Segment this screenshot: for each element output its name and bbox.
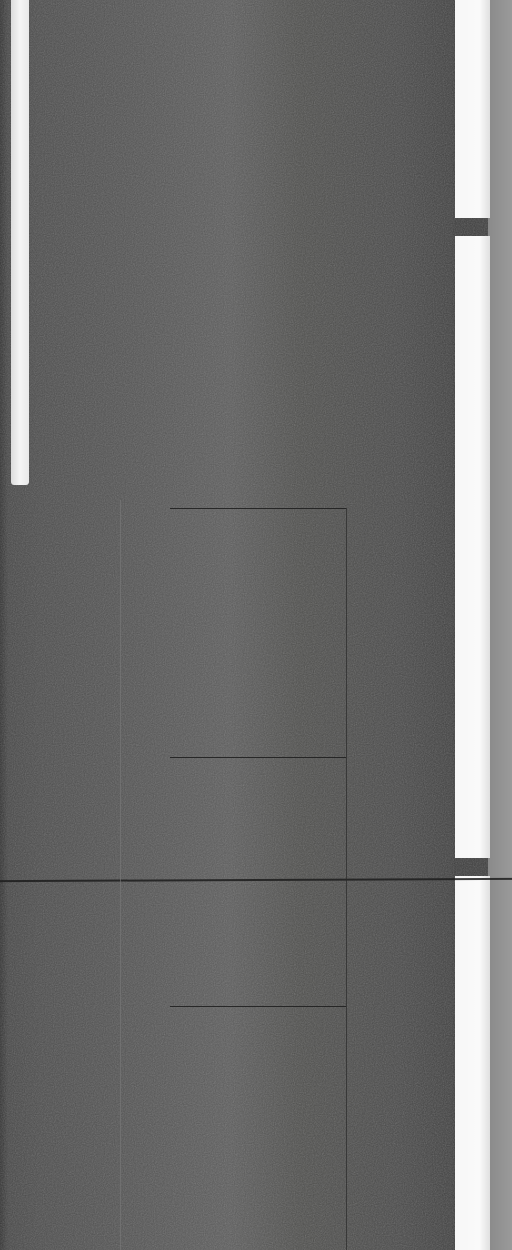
patch-top-edge xyxy=(170,508,346,509)
patch2-top-edge xyxy=(170,1006,346,1007)
patch-right-edge xyxy=(346,508,347,1250)
road-shoulder xyxy=(488,0,512,1250)
patch-left-seam xyxy=(120,500,121,1250)
right-lane-dash-1 xyxy=(455,0,490,218)
patch-bottom-edge xyxy=(170,757,346,758)
left-edge-line xyxy=(11,0,29,485)
right-lane-dash-3 xyxy=(455,876,490,1250)
asphalt-surface xyxy=(0,0,512,1250)
right-lane-dash-2 xyxy=(455,236,490,858)
